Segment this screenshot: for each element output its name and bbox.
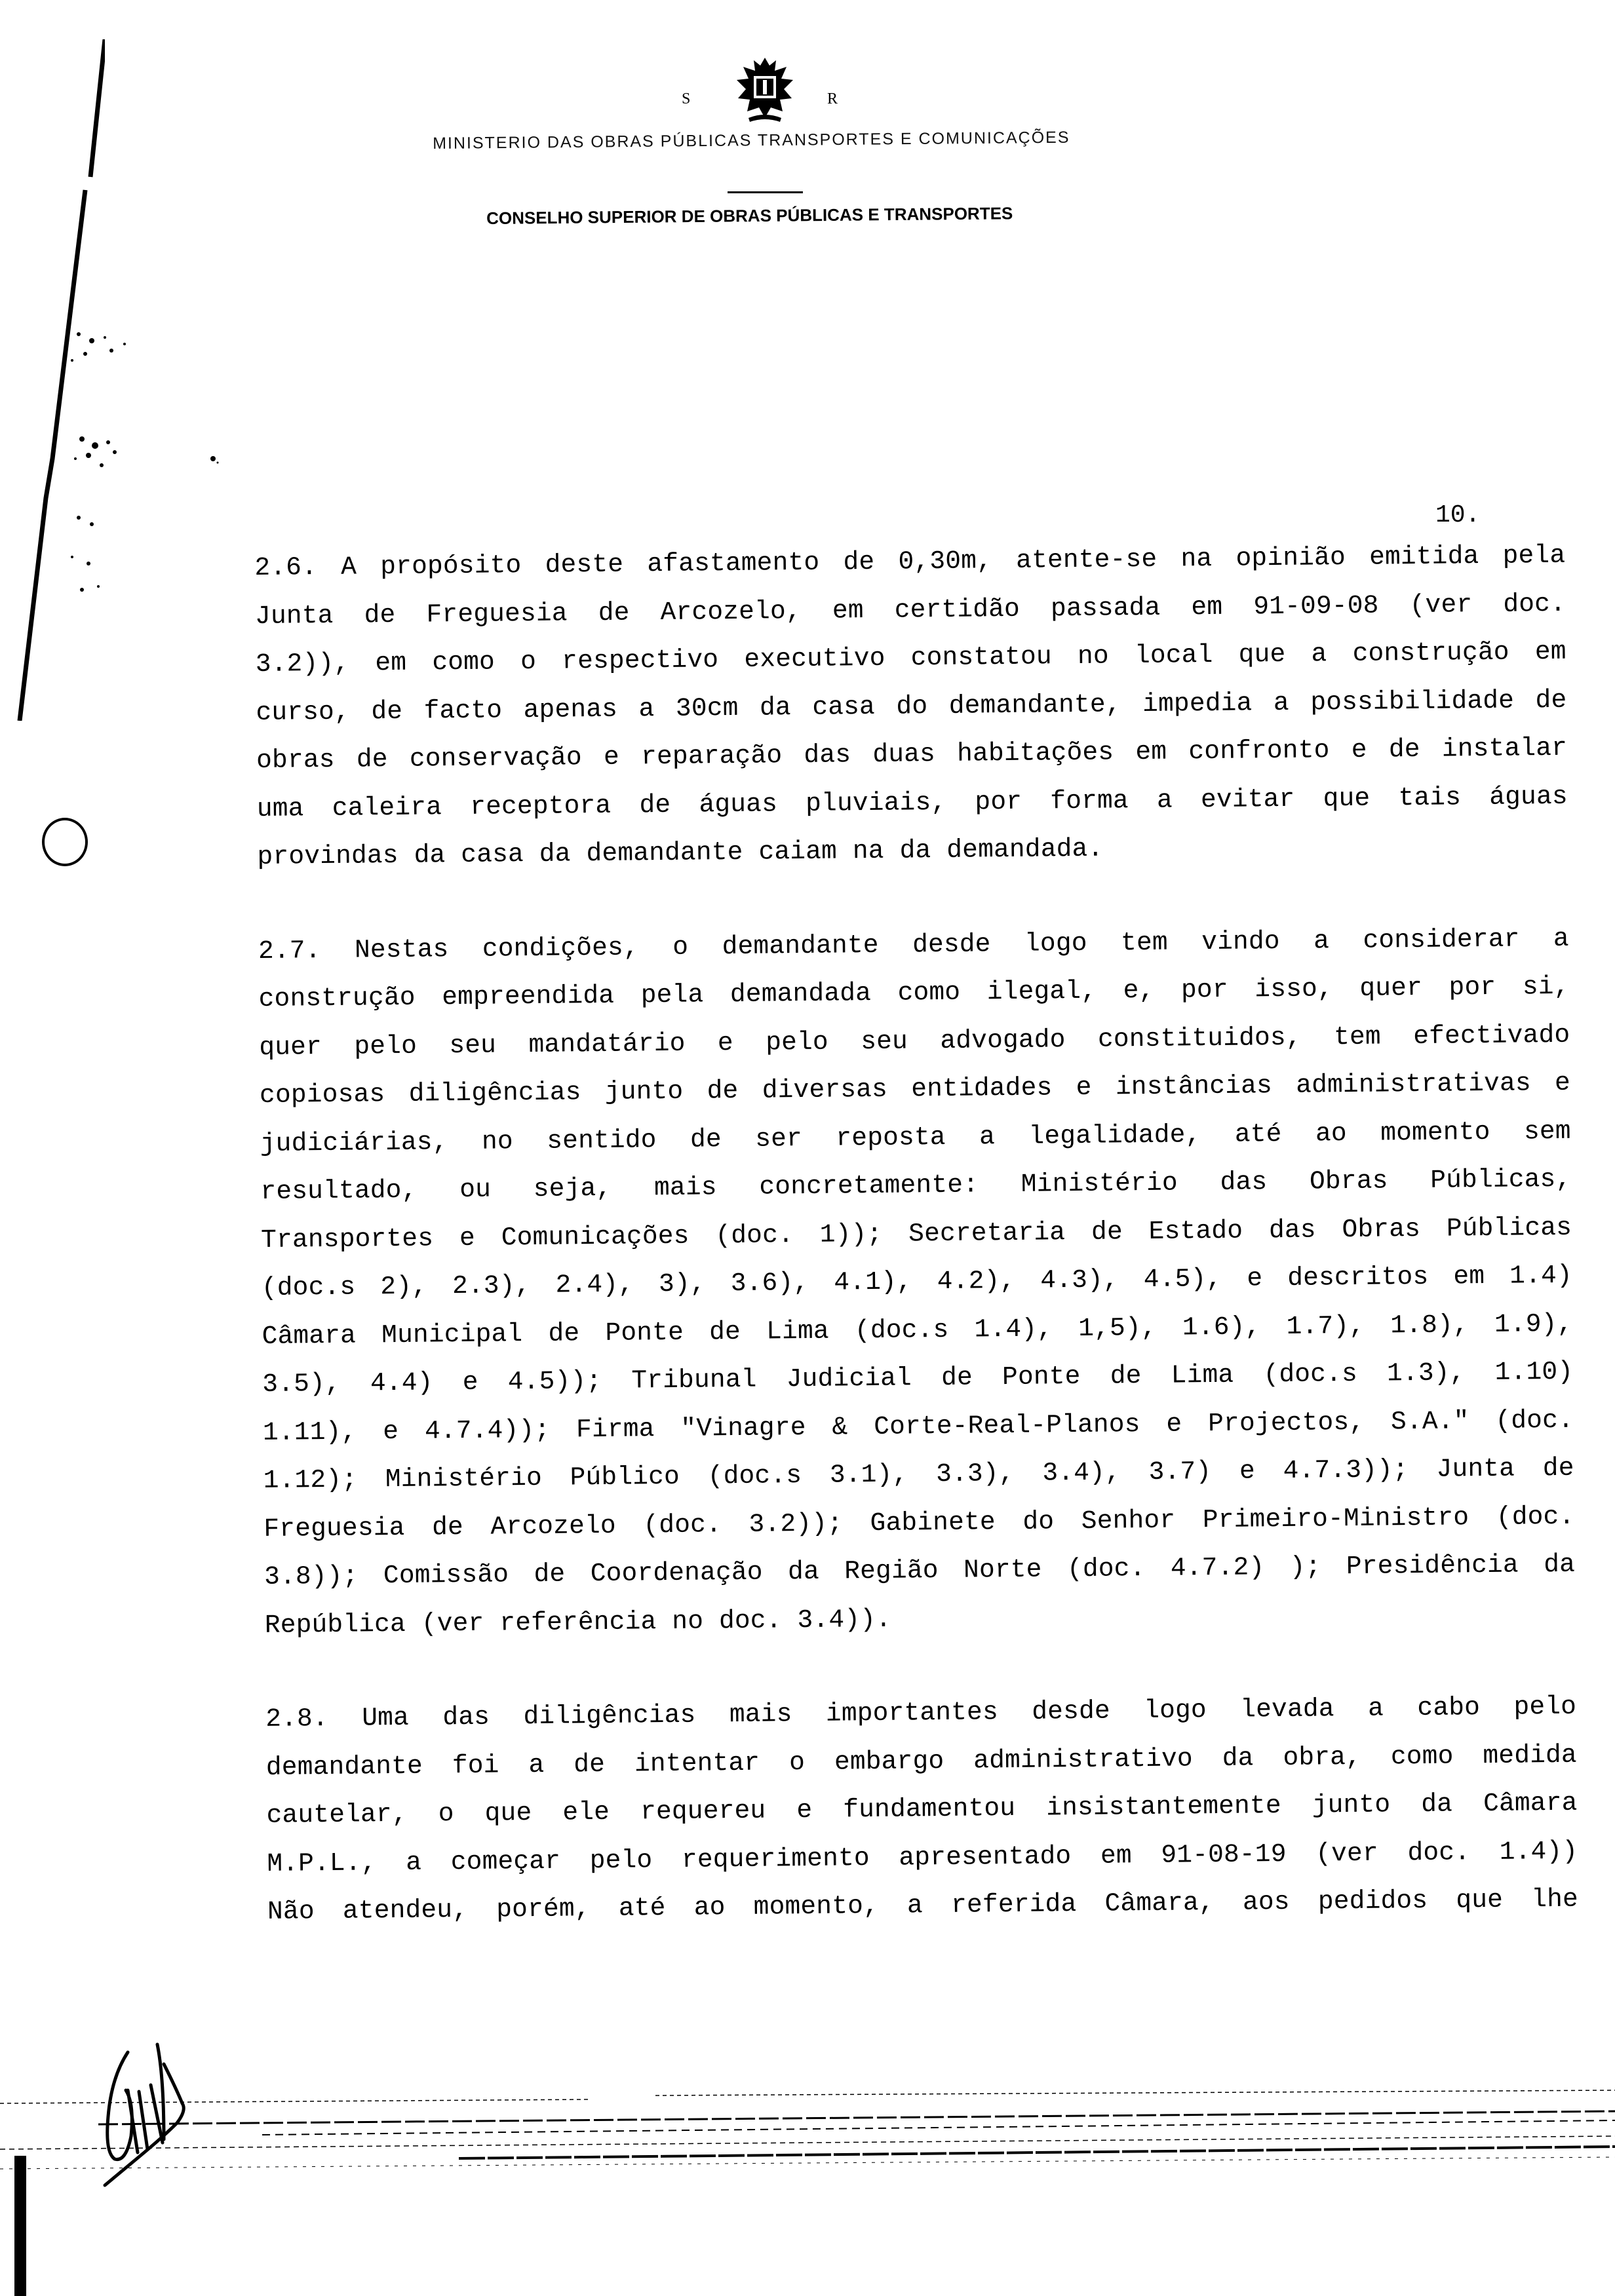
page-number: 10.: [1435, 501, 1480, 529]
scan-noise-lines: [0, 2084, 1615, 2175]
circular-stamp-icon: [42, 818, 88, 866]
coat-of-arms-icon: [729, 52, 801, 124]
handwritten-signature: [66, 2038, 197, 2202]
crest-letter-left: S: [682, 90, 690, 108]
paragraph-2-6: 2.6. A propósito deste afastamento de 0,…: [254, 531, 1615, 881]
margin-speckle: [52, 315, 223, 655]
header-divider: [728, 191, 803, 193]
council-heading: CONSELHO SUPERIOR DE OBRAS PÚBLICAS E TR…: [486, 203, 1013, 229]
paragraph-2-8: 2.8. Uma das diligências mais importante…: [265, 1682, 1615, 1936]
ministry-heading: MINISTERIO DAS OBRAS PÚBLICAS TRANSPORTE…: [433, 126, 1252, 153]
paragraph-2-7: 2.7. Nestas condições, o demandante desd…: [258, 914, 1615, 1649]
document-page: S R MINISTERIO DAS OBRAS PÚBLICAS TRANSP…: [0, 0, 1615, 2296]
document-body: 2.6. A propósito deste afastamento de 0,…: [254, 531, 1615, 1981]
crest-letter-right: R: [827, 90, 838, 108]
margin-scan-line-bottom: [14, 2156, 26, 2296]
